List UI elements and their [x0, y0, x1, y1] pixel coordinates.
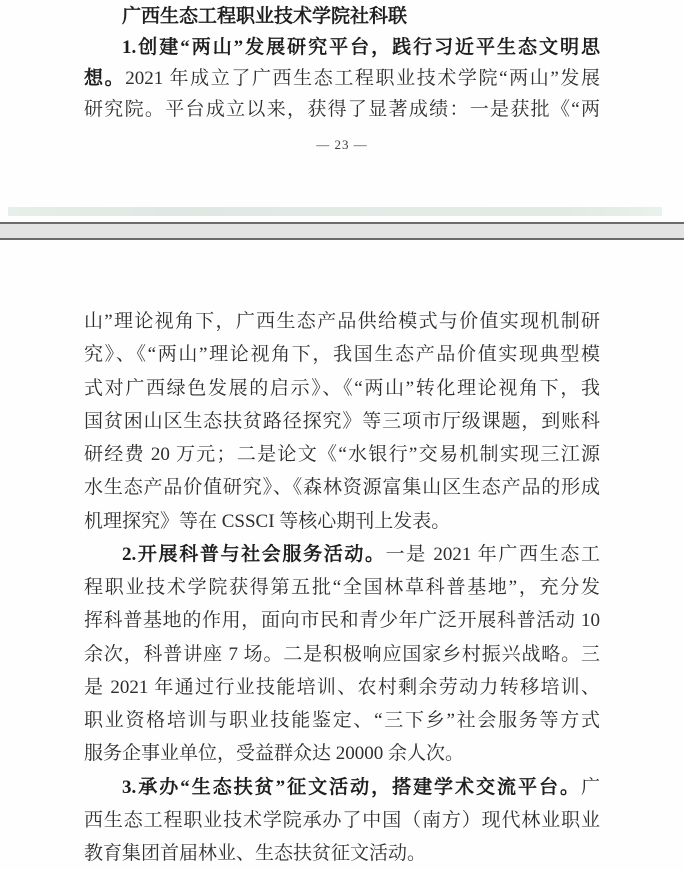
regular-segment: 职业资格培训与职业技能鉴定、“三下乡”社会服务等方式 — [84, 710, 600, 731]
regular-segment: 挥科普基地的作用，面向市民和青少年广泛开展科普活动 10 — [84, 610, 600, 631]
page-separator-bar — [0, 222, 684, 240]
text-line: 机理探究》等在 CSSCI 等核心期刊上发表。 — [84, 505, 600, 538]
regular-segment: 机理探究》等在 CSSCI 等核心期刊上发表。 — [84, 511, 450, 532]
text-line: 挥科普基地的作用，面向市民和青少年广泛开展科普活动 10 — [84, 604, 600, 637]
regular-segment: 一是 2021 年广西生态工 — [386, 544, 600, 565]
text-line: 西生态工程职业技术学院承办了中国（南方）现代林业职业 — [84, 804, 600, 837]
regular-segment: 国贫困山区生态扶贫路径探究》等三项市厅级课题，到账科 — [84, 411, 600, 432]
text-line: 式对广西绿色发展的启示》、《“两山”转化理论视角下，我 — [84, 372, 600, 405]
regular-segment: 水生态产品价值研究》、《森林资源富集山区生态产品的形成 — [84, 477, 600, 498]
regular-segment: 山”理论视角下，广西生态产品供给模式与价值实现机制研 — [84, 311, 600, 332]
text-line: 教育集团首届林业、生态扶贫征文活动。 — [84, 837, 600, 870]
page-number: — 23 — — [0, 137, 684, 153]
text-line: 2.开展科普与社会服务活动。一是 2021 年广西生态工 — [84, 538, 600, 571]
bold-segment: 想。 — [84, 68, 125, 89]
text-line: 服务企事业单位，受益群众达 20000 余人次。 — [84, 737, 600, 770]
text-line: 1.创建“两山”发展研究平台，践行习近平生态文明思 — [84, 32, 600, 63]
regular-segment: 西生态工程职业技术学院承办了中国（南方）现代林业职业 — [84, 810, 600, 831]
regular-segment: 研究院。平台成立以来，获得了显著成绩：一是获批《“两 — [84, 99, 600, 120]
text-line: 3.承办“生态扶贫”征文活动，搭建学术交流平台。广 — [84, 771, 600, 804]
text-line: 究》、《“两山”理论视角下，我国生态产品价值实现典型模 — [84, 338, 600, 371]
bold-segment: 2.开展科普与社会服务活动。 — [122, 544, 386, 565]
regular-segment: 是 2021 年通过行业技能培训、农村剩余劳动力转移培训、 — [84, 677, 600, 698]
text-line: 余次，科普讲座 7 场。二是积极响应国家乡村振兴战略。三 — [84, 638, 600, 671]
regular-segment: 教育集团首届林业、生态扶贫征文活动。 — [84, 843, 426, 864]
bold-segment: 1.创建“两山”发展研究平台，践行习近平生态文明思 — [122, 37, 600, 58]
page-edge-shadow — [8, 207, 662, 216]
text-line: 想。2021 年成立了广西生态工程职业技术学院“两山”发展 — [84, 63, 600, 94]
regular-segment: 服务企事业单位，受益群众达 20000 余人次。 — [84, 743, 464, 764]
regular-segment: 程职业技术学院获得第五批“全国林草科普基地”，充分发 — [84, 577, 600, 598]
document-scan: 广西生态工程职业技术学院社科联 1.创建“两山”发展研究平台，践行习近平生态文明… — [0, 0, 684, 870]
regular-segment: 究》、《“两山”理论视角下，我国生态产品价值实现典型模 — [84, 344, 600, 365]
page-24-top: 山”理论视角下，广西生态产品供给模式与价值实现机制研 究》、《“两山”理论视角下… — [84, 305, 600, 870]
text-line: 国贫困山区生态扶贫路径探究》等三项市厅级课题，到账科 — [84, 405, 600, 438]
section-heading: 广西生态工程职业技术学院社科联 — [84, 1, 600, 32]
text-line: 研经费 20 万元；二是论文《“水银行”交易机制实现三江源 — [84, 438, 600, 471]
bold-segment: 3.承办“生态扶贫”征文活动，搭建学术交流平台。 — [122, 777, 581, 798]
text-line: 程职业技术学院获得第五批“全国林草科普基地”，充分发 — [84, 571, 600, 604]
regular-segment: 余次，科普讲座 7 场。二是积极响应国家乡村振兴战略。三 — [84, 644, 600, 665]
regular-segment: 广 — [581, 777, 600, 798]
regular-segment: 2021 年成立了广西生态工程职业技术学院“两山”发展 — [125, 68, 600, 89]
text-line: 研究院。平台成立以来，获得了显著成绩：一是获批《“两 — [84, 94, 600, 125]
regular-segment: 式对广西绿色发展的启示》、《“两山”转化理论视角下，我 — [84, 378, 600, 399]
regular-segment: 研经费 20 万元；二是论文《“水银行”交易机制实现三江源 — [84, 444, 600, 465]
text-line: 职业资格培训与职业技能鉴定、“三下乡”社会服务等方式 — [84, 704, 600, 737]
page-23-bottom: 广西生态工程职业技术学院社科联 1.创建“两山”发展研究平台，践行习近平生态文明… — [84, 1, 600, 125]
text-line: 水生态产品价值研究》、《森林资源富集山区生态产品的形成 — [84, 471, 600, 504]
text-line: 是 2021 年通过行业技能培训、农村剩余劳动力转移培训、 — [84, 671, 600, 704]
text-line: 山”理论视角下，广西生态产品供给模式与价值实现机制研 — [84, 305, 600, 338]
